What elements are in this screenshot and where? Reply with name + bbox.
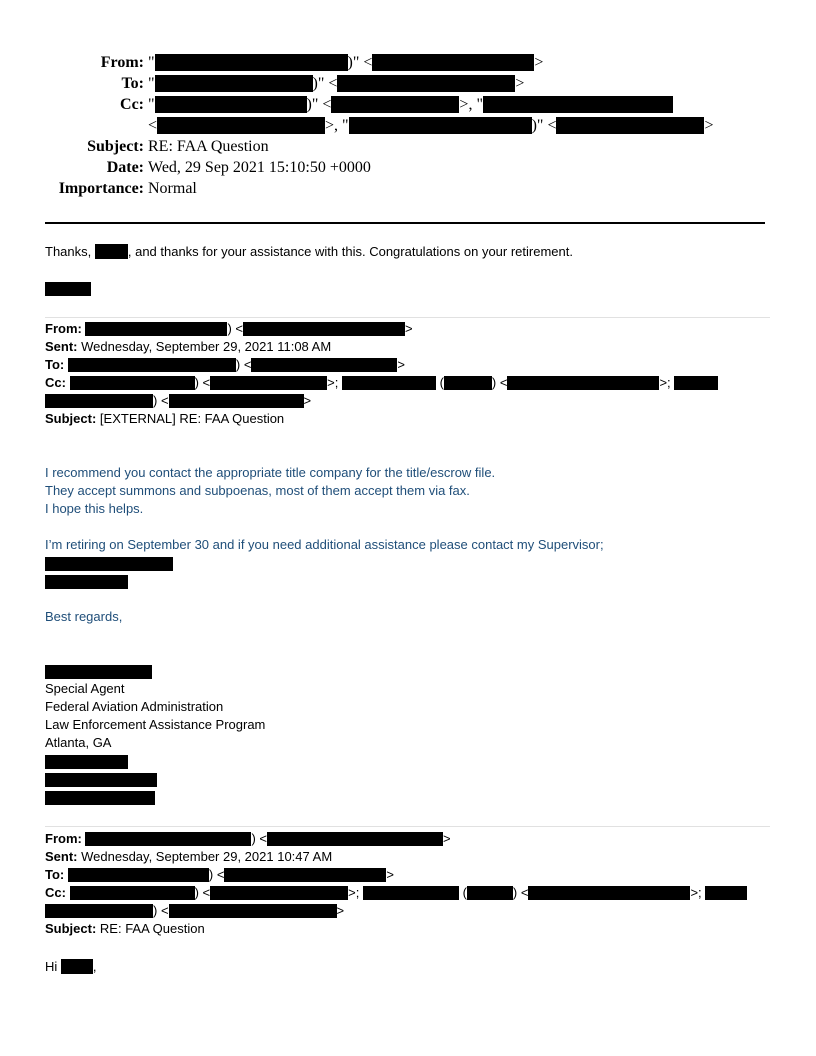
redaction <box>70 886 195 900</box>
redaction <box>705 886 747 900</box>
redaction <box>556 117 704 134</box>
msg1-closing: Best regards, <box>45 608 122 626</box>
cc-label: Cc: <box>40 94 148 115</box>
date-label: Date: <box>40 157 148 178</box>
redaction <box>372 54 534 71</box>
redaction <box>243 322 405 336</box>
redaction <box>331 96 459 113</box>
msg1-from-row: From: ) <> <box>45 320 770 338</box>
redaction <box>45 904 153 918</box>
to-value: ")" <> <box>148 73 524 94</box>
redaction <box>210 886 348 900</box>
signature-org: Federal Aviation Administration <box>45 698 223 716</box>
msg1-body-line-1: I recommend you contact the appropriate … <box>45 464 495 482</box>
header-to-row: To: ")" <> <box>40 73 780 94</box>
msg1-body-line-3: I hope this helps. <box>45 500 143 518</box>
message-separator <box>45 317 770 318</box>
msg1-sent-row: Sent: Wednesday, September 29, 2021 11:0… <box>45 338 770 356</box>
subject-value: RE: FAA Question <box>148 136 269 157</box>
redaction <box>483 96 673 113</box>
redaction <box>251 358 397 372</box>
to-label: To: <box>40 73 148 94</box>
msg2-subject-row: Subject: RE: FAA Question <box>45 920 770 938</box>
cc-value-continued: <>, ")" <> <box>148 115 714 136</box>
redaction-supervisor-contact <box>45 575 128 589</box>
redaction <box>85 322 227 336</box>
redaction <box>95 244 128 259</box>
redaction <box>45 394 153 408</box>
msg1-body-line-2: They accept summons and subpoenas, most … <box>45 482 470 500</box>
msg1-body-line-4: I’m retiring on September 30 and if you … <box>45 536 604 554</box>
msg1-subject-row: Subject: [EXTERNAL] RE: FAA Question <box>45 410 770 428</box>
redaction <box>169 394 304 408</box>
redaction <box>157 117 325 134</box>
redaction <box>528 886 690 900</box>
header-from-row: From: ")" <> <box>40 52 780 73</box>
header-importance-row: Importance: Normal <box>40 178 780 199</box>
header-cc-row: Cc: ")" <>, " <box>40 94 780 115</box>
redaction <box>68 868 209 882</box>
redaction-signature-line <box>45 791 155 805</box>
msg2-from-row: From: ) <> <box>45 830 770 848</box>
redaction <box>342 376 436 390</box>
redaction <box>507 376 659 390</box>
redaction <box>155 75 313 92</box>
importance-value: Normal <box>148 178 197 199</box>
msg2-cc-row-continued: ) <> <box>45 902 770 920</box>
redaction <box>444 376 492 390</box>
redaction <box>210 376 327 390</box>
redaction <box>169 904 337 918</box>
redaction <box>349 117 532 134</box>
redaction <box>68 358 236 372</box>
redaction <box>155 54 348 71</box>
redaction-sender-name <box>45 282 91 296</box>
redaction-signature-line <box>45 773 157 787</box>
redaction <box>267 832 443 846</box>
redaction <box>85 832 251 846</box>
signature-program: Law Enforcement Assistance Program <box>45 716 265 734</box>
redaction <box>337 75 515 92</box>
msg2-sent-row: Sent: Wednesday, September 29, 2021 10:4… <box>45 848 770 866</box>
redaction-signature-line <box>45 755 128 769</box>
importance-label: Importance: <box>40 178 148 199</box>
redaction <box>224 868 386 882</box>
cc-value: ")" <>, " <box>148 94 673 115</box>
msg1-cc-row: Cc: ) <>; () <>; <box>45 374 770 392</box>
msg2-greeting: Hi , <box>45 958 97 976</box>
signature-location: Atlanta, GA <box>45 734 111 752</box>
header-divider <box>45 222 765 224</box>
msg1-to-row: To: ) <> <box>45 356 770 374</box>
msg2-cc-row: Cc: ) <>; () <>; <box>45 884 770 902</box>
msg2-to-row: To: ) <> <box>45 866 770 884</box>
quoted-message-2-header: From: ) <> Sent: Wednesday, September 29… <box>45 830 770 938</box>
from-value: ")" <> <box>148 52 543 73</box>
date-value: Wed, 29 Sep 2021 15:10:50 +0000 <box>148 157 371 178</box>
email-header: From: ")" <> To: ")" <> Cc: ")" <>, " <>… <box>40 52 780 199</box>
redaction <box>674 376 718 390</box>
redaction <box>467 886 513 900</box>
redaction <box>155 96 307 113</box>
header-date-row: Date: Wed, 29 Sep 2021 15:10:50 +0000 <box>40 157 780 178</box>
redaction <box>70 376 195 390</box>
reply-body: Thanks, , and thanks for your assistance… <box>45 243 573 261</box>
redaction-supervisor-name <box>45 557 173 571</box>
signature-title: Special Agent <box>45 680 125 698</box>
msg1-cc-row-continued: ) <> <box>45 392 770 410</box>
redaction <box>363 886 459 900</box>
redaction-signature-name <box>45 665 152 679</box>
header-subject-row: Subject: RE: FAA Question <box>40 136 780 157</box>
redaction <box>61 959 93 974</box>
header-cc-row-continued: <>, ")" <> <box>40 115 780 136</box>
quoted-message-1-header: From: ) <> Sent: Wednesday, September 29… <box>45 320 770 428</box>
message-separator <box>45 826 770 827</box>
subject-label: Subject: <box>40 136 148 157</box>
from-label: From: <box>40 52 148 73</box>
